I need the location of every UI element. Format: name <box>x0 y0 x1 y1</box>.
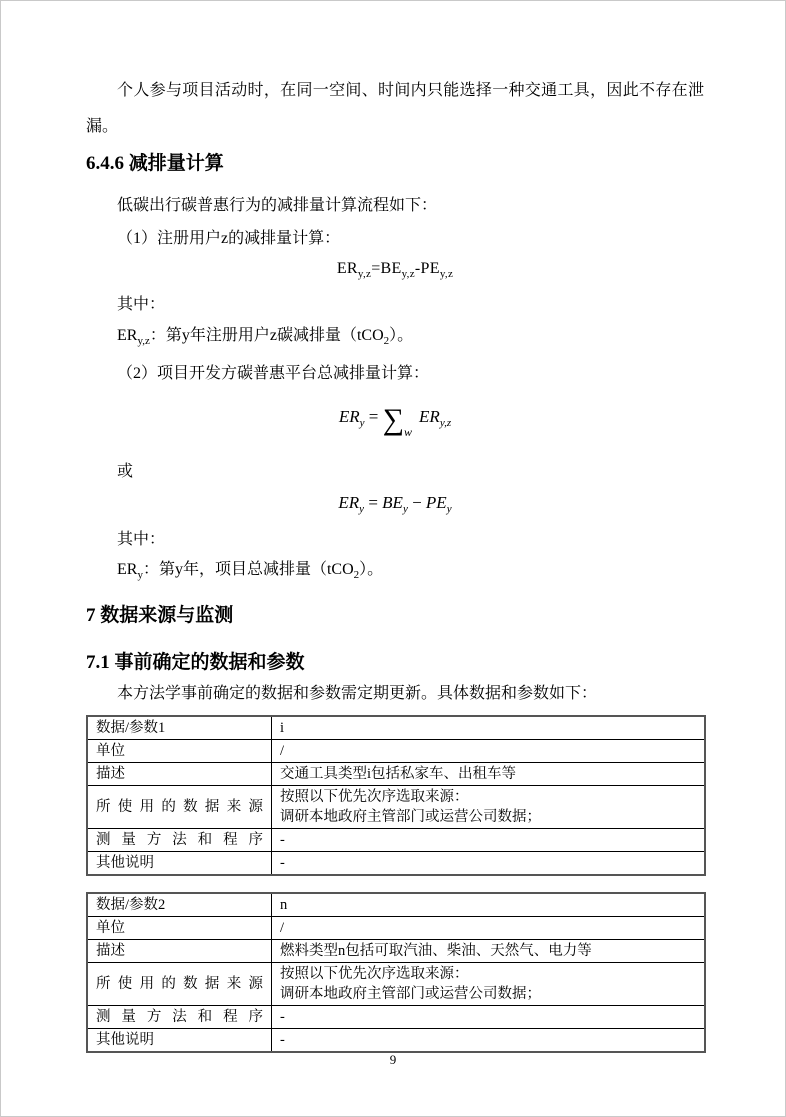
formula-run: ER <box>419 407 440 426</box>
definition-er-total: ERy：第y年，项目总减排量（tCO2）。 <box>86 555 704 590</box>
row-label: 数据/参数1 <box>87 716 272 740</box>
paragraph-step-2: （2）项目开发方碳普惠平台总减排量计算： <box>86 356 704 392</box>
table-row: 单位/ <box>87 917 705 940</box>
table-row: 其他说明- <box>87 1029 705 1053</box>
label-where-2: 其中： <box>86 525 704 555</box>
row-value: 交通工具类型i包括私家车、出租车等 <box>272 763 706 786</box>
row-label: 数据/参数2 <box>87 893 272 917</box>
row-label: 其他说明 <box>87 852 272 876</box>
row-value: 燃料类型n包括可取汽油、柴油、天然气、电力等 <box>272 940 706 963</box>
formula-run: = <box>371 260 380 277</box>
row-value: n <box>272 893 706 917</box>
formula-run: − <box>408 493 426 512</box>
row-label: 其他说明 <box>87 1029 272 1053</box>
label-where-1: 其中： <box>86 288 704 321</box>
row-label: 测量方法和程序 <box>87 829 272 852</box>
label-or: 或 <box>86 457 704 487</box>
paragraph-step-1: （1）注册用户z的减排量计算： <box>86 222 704 255</box>
parameter-table-1: 数据/参数1i单位/描述交通工具类型i包括私家车、出租车等所使用的数据来源按照以… <box>86 715 706 876</box>
formula-run: y,z <box>440 417 451 429</box>
formula-run: y <box>447 503 452 515</box>
row-value: i <box>272 716 706 740</box>
formula-run: ）。 <box>359 561 383 578</box>
paragraph-leakage: 个人参与项目活动时，在同一空间、时间内只能选择一种交通工具，因此不存在泄漏。 <box>86 73 704 145</box>
row-value: 按照以下优先次序选取来源：调研本地政府主管部门或运营公司数据； <box>272 786 706 829</box>
table-row: 描述燃料类型n包括可取汽油、柴油、天然气、电力等 <box>87 940 705 963</box>
row-label: 测量方法和程序 <box>87 1006 272 1029</box>
formula-run: = <box>365 407 383 426</box>
row-label: 描述 <box>87 940 272 963</box>
formula-run: ：第y年注册用户z碳减排量（tCO <box>150 327 384 344</box>
page-number: 9 <box>1 1052 785 1068</box>
formula-run: w <box>404 425 412 439</box>
row-label: 描述 <box>87 763 272 786</box>
formula-er-total: ERy = BEy − PEy <box>86 487 704 525</box>
table-row: 数据/参数2n <box>87 893 705 917</box>
row-value: - <box>272 1029 706 1053</box>
row-value: 按照以下优先次序选取来源：调研本地政府主管部门或运营公司数据； <box>272 963 706 1006</box>
formula-run: y,z <box>358 268 371 280</box>
table-row: 单位/ <box>87 740 705 763</box>
table-row: 所使用的数据来源按照以下优先次序选取来源：调研本地政府主管部门或运营公司数据； <box>87 963 705 1006</box>
formula-run: PE <box>421 260 440 277</box>
formula-run: ER <box>339 407 360 426</box>
table-row: 描述交通工具类型i包括私家车、出租车等 <box>87 763 705 786</box>
row-value: - <box>272 852 706 876</box>
formula-er-sum: ERy = ∑wERy,z <box>86 392 704 457</box>
heading-7-1: 7.1 事前确定的数据和参数 <box>86 649 704 677</box>
formula-run: ER <box>117 561 137 578</box>
formula-run: y,z <box>137 335 149 347</box>
row-label: 单位 <box>87 917 272 940</box>
heading-7: 7 数据来源与监测 <box>86 602 704 630</box>
table-row: 测量方法和程序- <box>87 829 705 852</box>
formula-run: PE <box>426 493 447 512</box>
formula-run: = <box>364 493 382 512</box>
formula-er-user: ERy,z=BEy,z-PEy,z <box>86 255 704 288</box>
table-row: 其他说明- <box>87 852 705 876</box>
formula-run: ER <box>117 327 137 344</box>
table-row: 数据/参数1i <box>87 716 705 740</box>
row-label: 单位 <box>87 740 272 763</box>
row-value: / <box>272 740 706 763</box>
row-label: 所使用的数据来源 <box>87 786 272 829</box>
paragraph-intro: 本方法学事前确定的数据和参数需定期更新。具体数据和参数如下： <box>86 677 704 710</box>
formula-run: ∑ <box>383 403 404 436</box>
formula-run: ER <box>338 493 359 512</box>
row-value: - <box>272 829 706 852</box>
table-row: 所使用的数据来源按照以下优先次序选取来源：调研本地政府主管部门或运营公司数据； <box>87 786 705 829</box>
formula-run: BE <box>382 493 403 512</box>
row-label: 所使用的数据来源 <box>87 963 272 1006</box>
paragraph-calculation-flow: 低碳出行碳普惠行为的减排量计算流程如下： <box>86 189 704 222</box>
formula-run: y,z <box>402 268 415 280</box>
document-page: 个人参与项目活动时，在同一空间、时间内只能选择一种交通工具，因此不存在泄漏。 6… <box>0 0 786 1117</box>
row-value: - <box>272 1006 706 1029</box>
row-value: / <box>272 917 706 940</box>
formula-run: BE <box>381 260 402 277</box>
parameter-table-2: 数据/参数2n单位/描述燃料类型n包括可取汽油、柴油、天然气、电力等所使用的数据… <box>86 892 706 1053</box>
definition-er-user: ERy,z：第y年注册用户z碳减排量（tCO2）。 <box>86 321 704 356</box>
heading-6-4-6: 6.4.6 减排量计算 <box>86 151 704 177</box>
table-row: 测量方法和程序- <box>87 1006 705 1029</box>
formula-run: y,z <box>440 268 453 280</box>
formula-run: ER <box>337 260 358 277</box>
formula-run: ）。 <box>389 327 413 344</box>
formula-run: ：第y年，项目总减排量（tCO <box>143 561 354 578</box>
